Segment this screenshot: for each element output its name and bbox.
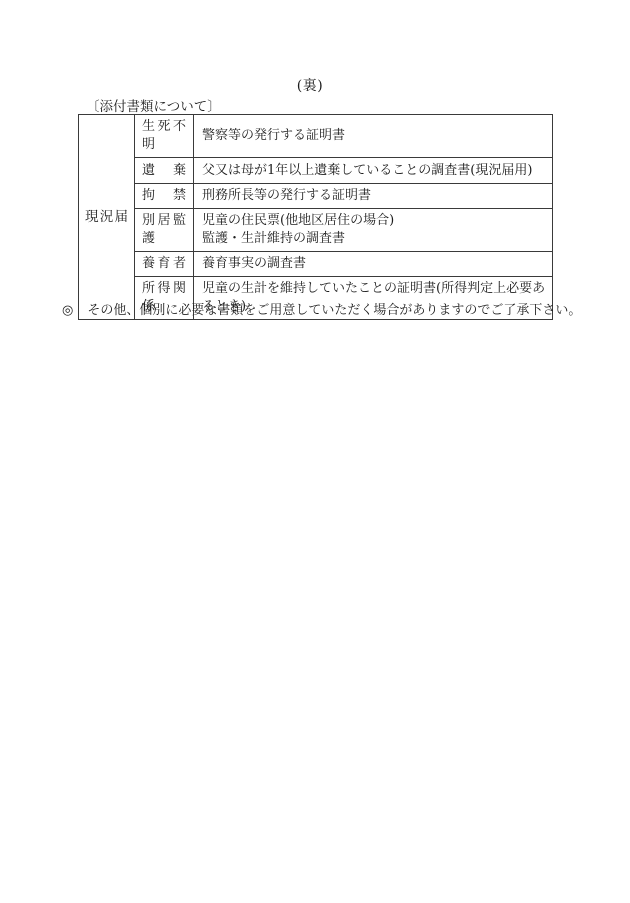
table-row: 拘禁 刑務所長等の発行する証明書 <box>79 184 553 209</box>
document-cell: 養育事実の調査書 <box>194 252 553 277</box>
double-circle-icon: ◎ <box>62 301 73 320</box>
section-label-attachments: 〔添付書類について〕 <box>86 95 221 115</box>
footnote: ◎その他、個別に必要な書類をご用意していただく場合がありますのでご了承下さい。 <box>62 301 582 320</box>
attachment-documents-table: 現況届 生死不明 警察等の発行する証明書 遺棄 父又は母が1年以上遺棄しているこ… <box>78 114 553 320</box>
table-row: 別居監護 児童の住民票(他地区居住の場合) 監護・生計維持の調査書 <box>79 209 553 252</box>
category-cell: 拘禁 <box>135 184 194 209</box>
document-cell: 父又は母が1年以上遺棄していることの調査書(現況届用) <box>194 158 553 184</box>
footnote-text: その他、個別に必要な書類をご用意していただく場合がありますのでご了承下さい。 <box>87 303 581 318</box>
category-cell: 遺棄 <box>135 158 194 184</box>
category-cell: 養育者 <box>135 252 194 277</box>
table-row: 養育者 養育事実の調査書 <box>79 252 553 277</box>
document-cell: 刑務所長等の発行する証明書 <box>194 184 553 209</box>
page-title: (裏) <box>0 75 620 95</box>
category-cell: 別居監護 <box>135 209 194 252</box>
table-row: 遺棄 父又は母が1年以上遺棄していることの調査書(現況届用) <box>79 158 553 184</box>
group-label-genkyo-todoke: 現況届 <box>79 115 135 320</box>
category-cell: 生死不明 <box>135 115 194 158</box>
document-cell: 警察等の発行する証明書 <box>194 115 553 158</box>
document-cell: 児童の住民票(他地区居住の場合) 監護・生計維持の調査書 <box>194 209 553 252</box>
table-row: 現況届 生死不明 警察等の発行する証明書 <box>79 115 553 158</box>
